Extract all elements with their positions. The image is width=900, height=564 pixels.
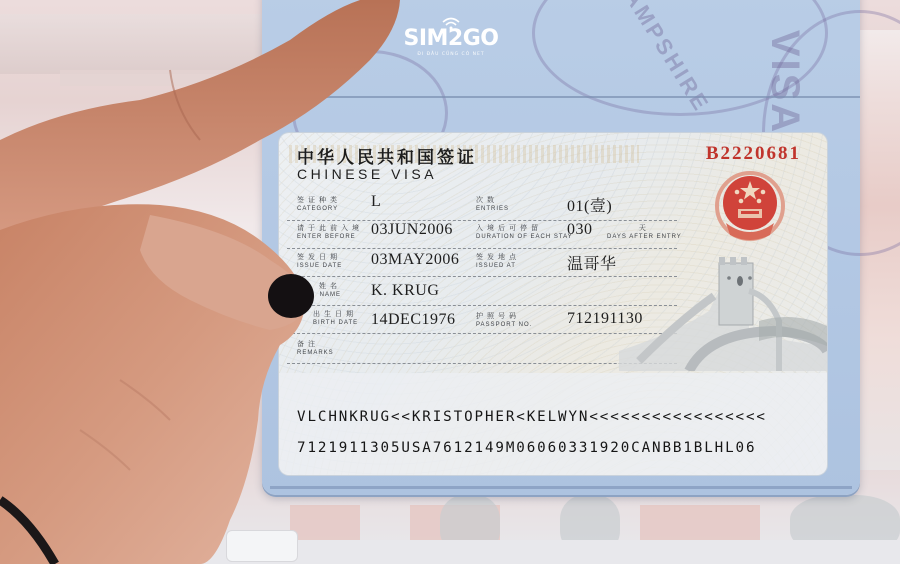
passport-no-label: 护照号码 PASSPORT NO.	[476, 313, 532, 328]
row-separator	[287, 220, 677, 221]
entries-label: 次数 ENTRIES	[476, 197, 509, 212]
enter-before-value: 03JUN2006	[371, 221, 453, 239]
category-value: L	[371, 193, 381, 211]
photo-scene: HAMPSHIRE VISA 中华人民共和国签证 CHINESE VISA B2…	[0, 0, 900, 564]
issue-date-value: 03MAY2006	[371, 251, 459, 269]
visa-sticker: 中华人民共和国签证 CHINESE VISA B2220681 签证种类 CAT…	[279, 133, 827, 475]
duration-value: 030	[567, 221, 593, 239]
background-building-eave	[60, 70, 260, 86]
issued-at-label: 签发地点 ISSUED AT	[476, 254, 520, 269]
brand-tagline: ĐI ĐÂU CŨNG CÓ NET	[400, 52, 502, 57]
great-wall-illustration	[619, 251, 827, 371]
wifi-signal-icon	[442, 16, 460, 30]
duration-label: 入境后可停留 DURATION OF EACH STAY	[476, 225, 573, 240]
brand-name: SIM2GO	[400, 28, 502, 50]
row-separator	[287, 248, 677, 249]
mrz-line-2: 7121911305USA7612149M06060331920CANBB1BL…	[297, 440, 756, 456]
name-label: 姓名 NAME	[319, 283, 341, 298]
stamp-text: VISA	[762, 30, 807, 135]
background-ground	[0, 540, 900, 564]
visa-title-chinese: 中华人民共和国签证	[297, 143, 477, 168]
enter-before-label: 请于此前入境 ENTER BEFORE	[297, 225, 363, 240]
issued-at-value: 温哥华	[567, 251, 617, 274]
sim2go-logo: SIM2GO ĐI ĐÂU CŨNG CÓ NET	[400, 16, 502, 62]
entries-value: 01(壹)	[567, 193, 612, 216]
duration-unit-label: 天 DAYS AFTER ENTRY	[607, 225, 682, 240]
national-emblem-icon	[712, 171, 788, 245]
birth-date-value: 14DEC1976	[371, 311, 456, 329]
passport-page-edge	[270, 486, 852, 489]
background-van	[226, 530, 298, 562]
background-building-roof	[0, 14, 270, 74]
visa-title-english: CHINESE VISA	[297, 166, 437, 182]
mrz-line-1: VLCHNKRUG<<KRISTOPHER<KELWYN<<<<<<<<<<<<…	[297, 409, 767, 425]
remarks-label: 备注 REMARKS	[297, 341, 334, 356]
issue-date-label: 签发日期 ISSUE DATE	[297, 254, 342, 269]
name-value: K. KRUG	[371, 282, 439, 300]
category-label: 签证种类 CATEGORY	[297, 197, 341, 212]
visa-number: B2220681	[706, 143, 801, 165]
passport-fold-line	[262, 96, 860, 98]
birth-date-label: 出生日期 BIRTH DATE	[313, 311, 358, 326]
